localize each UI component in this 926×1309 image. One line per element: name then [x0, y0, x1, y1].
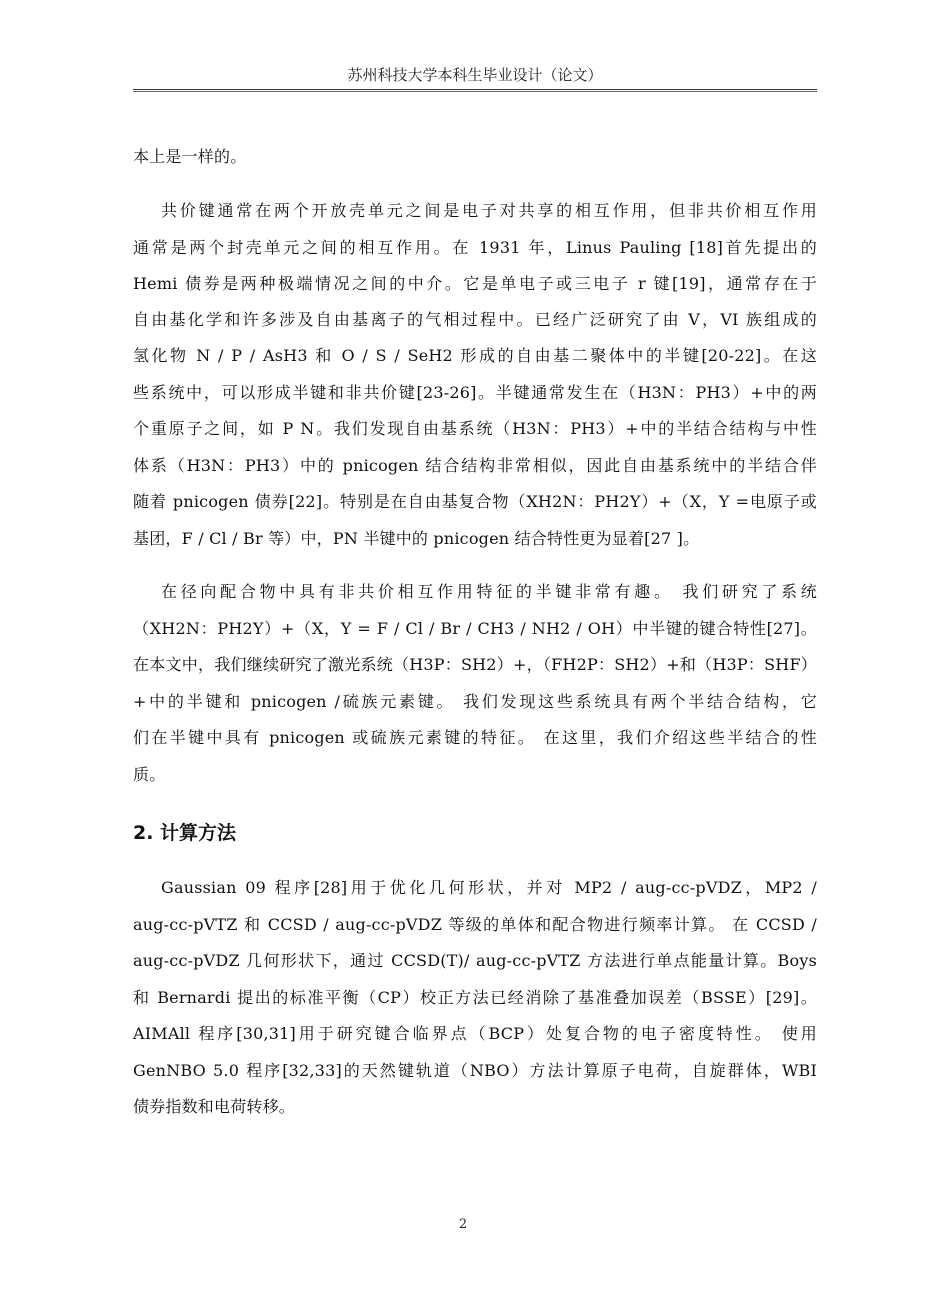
paragraph-line: GenNBO 5.0 程序[32,33]的天然键轨道（NBO）方法计算原子电荷，… [133, 1060, 817, 1082]
paragraph-line: 在本文中，我们继续研究了激光系统（H3P：SH2）+，（FH2P：SH2）+和（… [133, 654, 817, 676]
paragraph-line: 本上是一样的。 [133, 146, 817, 168]
paragraph-line: 体系（H3N：PH3）中的 pnicogen 结合结构非常相似，因此自由基系统中… [133, 455, 817, 477]
paragraph-line: AIMAll 程序[30,31]用于研究键合临界点（BCP）处复合物的电子密度特… [133, 1023, 817, 1045]
header-divider [133, 89, 817, 92]
paragraph-line: 基团，F / Cl / Br 等）中，PN 半键中的 pnicogen 结合特性… [133, 528, 817, 550]
paragraph-line: 们在半键中具有 pnicogen 或硫族元素键的特征。 在这里，我们介绍这些半结… [133, 727, 817, 749]
paragraph-line: 些系统中，可以形成半键和非共价键[23-26]。半键通常发生在（H3N：PH3）… [133, 382, 817, 404]
section-heading: 2. 计算方法 [133, 820, 236, 846]
paragraph-line: Gaussian 09 程序[28]用于优化几何形状，并对 MP2 / aug-… [161, 877, 817, 899]
paragraph-line: 在径向配合物中具有非共价相互作用特征的半键非常有趣。 我们研究了系统 [161, 581, 817, 603]
paragraph-line: 个重原子之间，如 P N。我们发现自由基系统（H3N：PH3）+中的半结合结构与… [133, 418, 817, 440]
paragraph-line: 通常是两个封壳单元之间的相互作用。在 1931 年，Linus Pauling … [133, 237, 817, 259]
paragraph-line: 氢化物 N / P / AsH3 和 O / S / SeH2 形成的自由基二聚… [133, 345, 817, 367]
paragraph-line: 随着 pnicogen 债券[22]。特别是在自由基复合物（XH2N：PH2Y）… [133, 491, 817, 513]
paragraph-line: aug-cc-pVTZ 和 CCSD / aug-cc-pVDZ 等级的单体和配… [133, 914, 817, 936]
paragraph-line: （XH2N：PH2Y）+（X，Y = F / Cl / Br / CH3 / N… [133, 618, 817, 640]
paragraph-line: +中的半键和 pnicogen /硫族元素键。 我们发现这些系统具有两个半结合结… [133, 691, 817, 713]
paragraph-line: Hemi 债券是两种极端情况之间的中介。它是单电子或三电子 r 键[19]，通常… [133, 273, 817, 295]
paragraph-line: 自由基化学和许多涉及自由基离子的气相过程中。已经广泛研究了由 V，VI 族组成的 [133, 309, 817, 331]
paragraph-line: 和 Bernardi 提出的标准平衡（CP）校正方法已经消除了基准叠加误差（BS… [133, 987, 817, 1009]
paragraph-line: 质。 [133, 764, 817, 786]
paragraph-line: aug-cc-pVDZ 几何形状下，通过 CCSD(T)/ aug-cc-pVT… [133, 950, 817, 972]
paragraph-line: 共价键通常在两个开放壳单元之间是电子对共享的相互作用，但非共价相互作用 [161, 200, 817, 222]
running-header: 苏州科技大学本科生毕业设计（论文） [133, 64, 817, 86]
paragraph-line: 债券指数和电荷转移。 [133, 1096, 817, 1118]
page-number: 2 [0, 1217, 926, 1232]
